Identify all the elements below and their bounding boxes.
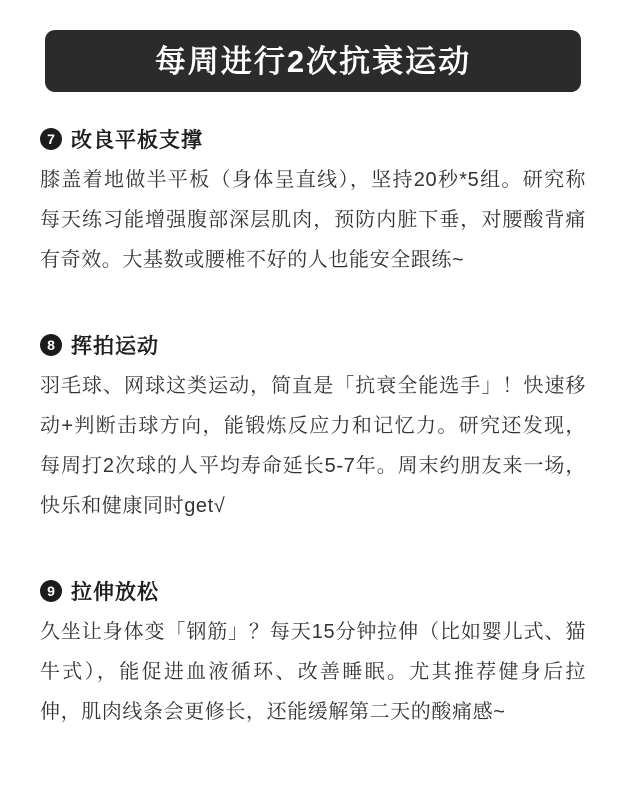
section-body: 久坐让身体变「钢筋」？每天15分钟拉伸（比如婴儿式、猫牛式），能促进血液循环、改… — [40, 612, 586, 732]
circled-number-8-icon: 8 — [40, 334, 62, 356]
banner-title: 每周进行2次抗衰运动 — [155, 46, 471, 77]
section-title: 挥拍运动 — [71, 330, 159, 360]
section-title: 改良平板支撑 — [71, 124, 203, 154]
section-heading: 8 挥拍运动 — [40, 330, 586, 360]
infographic-page: 每周进行2次抗衰运动 7 改良平板支撑 膝盖着地做半平板（身体呈直线），坚持20… — [0, 0, 626, 800]
section-heading: 9 拉伸放松 — [40, 576, 586, 606]
circled-number-7-icon: 7 — [40, 128, 62, 150]
header-banner: 每周进行2次抗衰运动 — [45, 30, 581, 92]
section-modified-plank: 7 改良平板支撑 膝盖着地做半平板（身体呈直线），坚持20秒*5组。研究称每天练… — [40, 124, 586, 280]
content-area: 7 改良平板支撑 膝盖着地做半平板（身体呈直线），坚持20秒*5组。研究称每天练… — [0, 92, 626, 732]
circled-number-9-icon: 9 — [40, 580, 62, 602]
section-stretching: 9 拉伸放松 久坐让身体变「钢筋」？每天15分钟拉伸（比如婴儿式、猫牛式），能促… — [40, 576, 586, 732]
section-body: 膝盖着地做半平板（身体呈直线），坚持20秒*5组。研究称每天练习能增强腹部深层肌… — [40, 160, 586, 280]
section-title: 拉伸放松 — [71, 576, 159, 606]
section-heading: 7 改良平板支撑 — [40, 124, 586, 154]
section-body: 羽毛球、网球这类运动，简直是「抗衰全能选手」！快速移动+判断击球方向，能锻炼反应… — [40, 366, 586, 526]
section-racket-sports: 8 挥拍运动 羽毛球、网球这类运动，简直是「抗衰全能选手」！快速移动+判断击球方… — [40, 330, 586, 526]
